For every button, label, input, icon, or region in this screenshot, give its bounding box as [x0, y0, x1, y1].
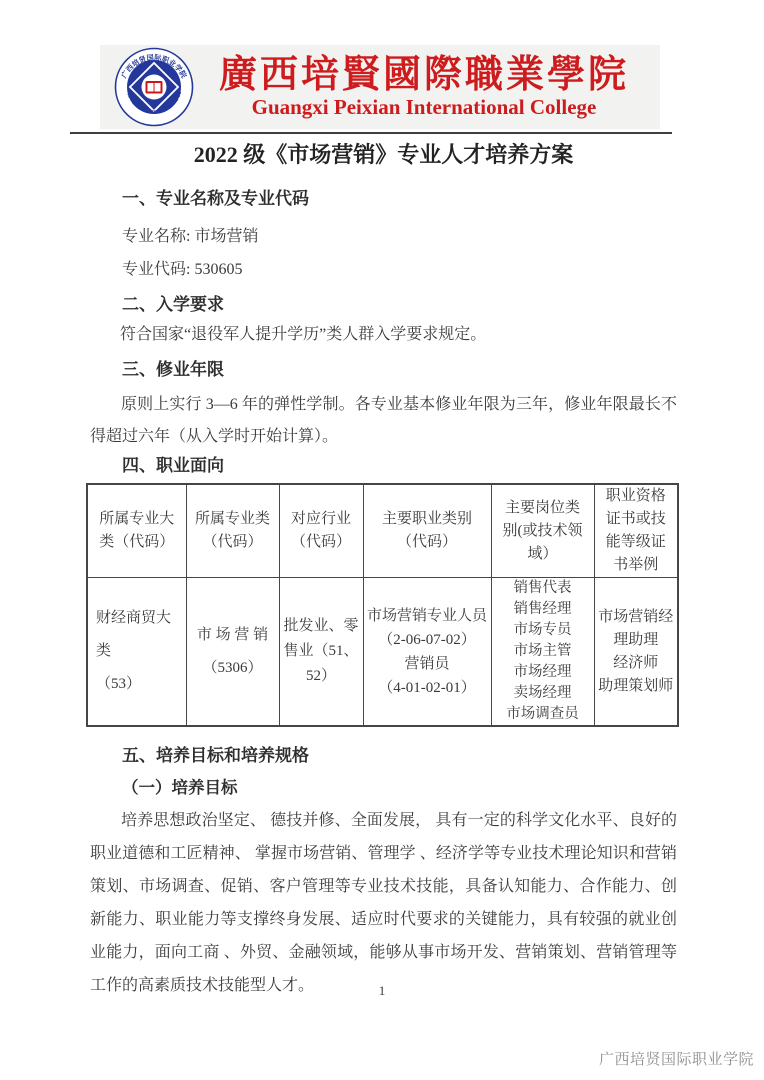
college-name-chinese: 廣西培賢國際職業學院	[194, 56, 654, 94]
section-3-body: 原则上实行 3—6 年的弹性学制。各专业基本修业年限为三年，修业年限最长不得超过…	[90, 389, 677, 453]
career-orientation-table: 所属专业大 类（代码） 所属专业类 （代码） 对应行业 （代码） 主要职业类别 …	[86, 483, 679, 727]
cell-post-category: 销售代表 销售经理 市场专员 市场主管 市场经理 卖场经理 市场调查员	[491, 578, 594, 727]
page-number: 1	[0, 983, 764, 999]
cell-occupation-category: 市场营销专业人员 （2-06-07-02） 营销员 （4-01-02-01）	[363, 578, 491, 727]
header-cell-major-class: 所属专业类 （代码）	[186, 484, 279, 578]
section-4-heading: 四、职业面向	[122, 454, 677, 478]
table-header-row: 所属专业大 类（代码） 所属专业类 （代码） 对应行业 （代码） 主要职业类别 …	[87, 484, 678, 578]
header-cell-occupation-category: 主要职业类别 （代码）	[363, 484, 491, 578]
header-divider-line	[70, 132, 672, 134]
header-cell-certificates: 职业资格 证书或技 能等级证 书举例	[594, 484, 678, 578]
cell-industry: 批发业、零 售业（51、 52）	[279, 578, 363, 727]
section-5-sub-heading: （一）培养目标	[122, 777, 677, 799]
footer-watermark: 广西培贤国际职业学院	[599, 1048, 754, 1069]
cell-major-class: 市 场 营 销 （5306）	[186, 578, 279, 727]
document-page: 广西培贤国际职业学院 GUANGXI PEIXIAN INTERNATIONAL…	[0, 0, 764, 1080]
section-2-body: 符合国家“退役军人提升学历”类人群入学要求规定。	[90, 324, 677, 345]
major-code-line: 专业代码: 530605	[122, 259, 677, 280]
college-header-band: 广西培贤国际职业学院 GUANGXI PEIXIAN INTERNATIONAL…	[100, 45, 660, 129]
college-name-english: Guangxi Peixian International College	[194, 97, 654, 118]
college-seal-icon: 广西培贤国际职业学院 GUANGXI PEIXIAN INTERNATIONAL…	[114, 47, 194, 127]
header-cell-major-category: 所属专业大 类（代码）	[87, 484, 186, 578]
training-objective-body: 培养思想政治坚定、 德技并修、全面发展， 具有一定的科学文化水平、良好的职业道德…	[90, 804, 677, 1002]
document-title: 2022 级《市场营销》专业人才培养方案	[90, 140, 677, 170]
section-5-heading: 五、培养目标和培养规格	[122, 744, 677, 768]
cell-major-category: 财经商贸大类 （53）	[87, 578, 186, 727]
section-3-heading: 三、修业年限	[122, 358, 677, 382]
header-cell-industry: 对应行业 （代码）	[279, 484, 363, 578]
table-data-row: 财经商贸大类 （53） 市 场 营 销 （5306） 批发业、零 售业（51、 …	[87, 578, 678, 727]
college-name-block: 廣西培賢國際職業學院 Guangxi Peixian International…	[194, 56, 660, 118]
major-name-line: 专业名称: 市场营销	[122, 226, 677, 247]
section-2-heading: 二、入学要求	[122, 293, 677, 317]
header-cell-post-category: 主要岗位类 别(或技术领 域）	[491, 484, 594, 578]
cell-certificates: 市场营销经 理助理 经济师 助理策划师	[594, 578, 678, 727]
section-1-heading: 一、专业名称及专业代码	[122, 187, 677, 211]
